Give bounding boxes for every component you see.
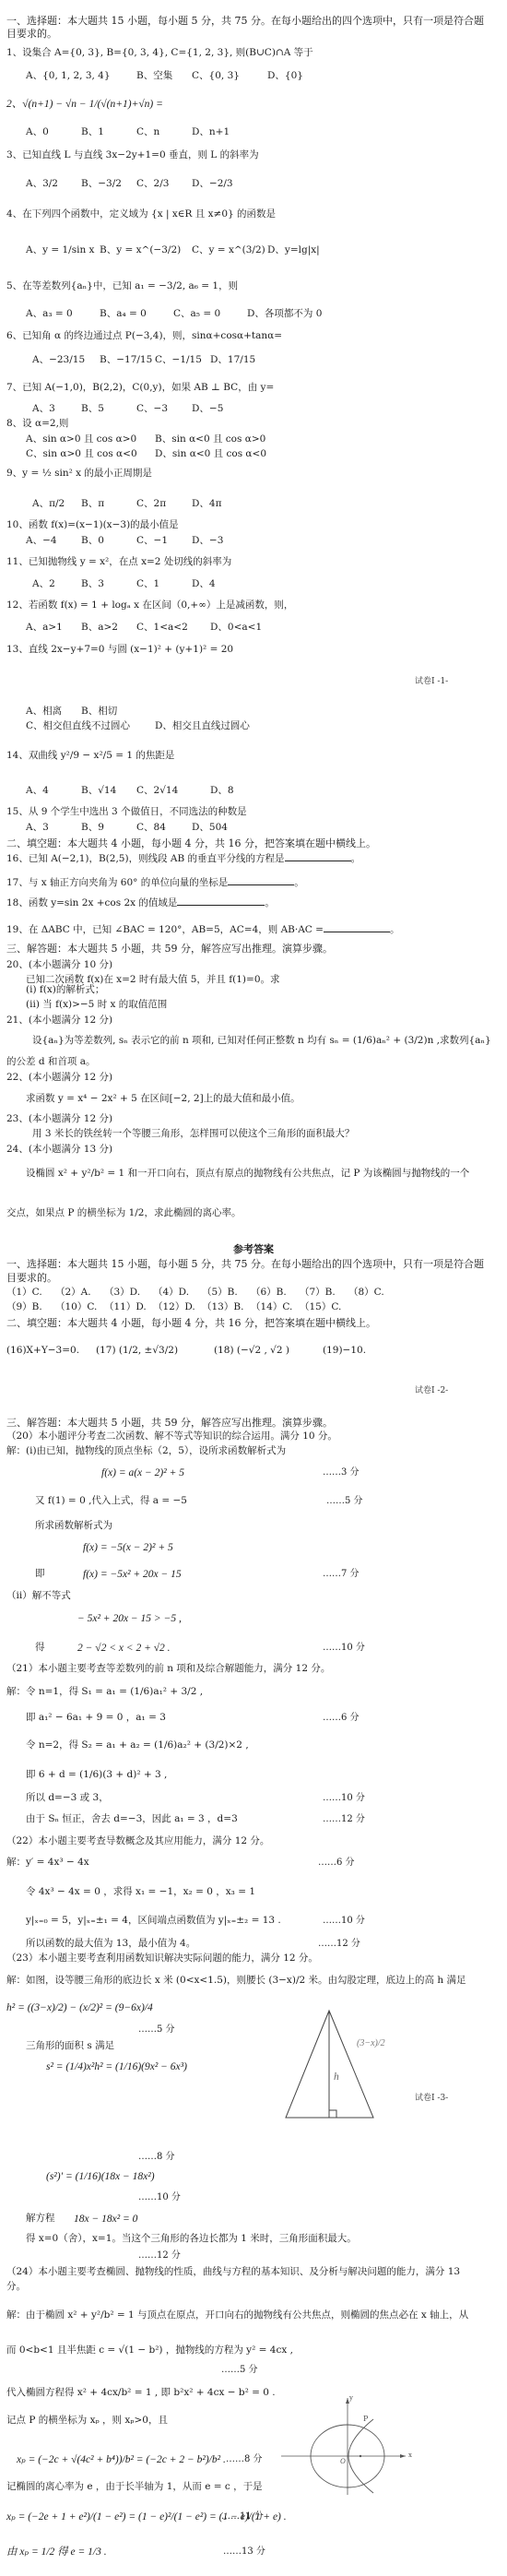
answers-section-2-header: 二、填空题：本大题共 4 小题，每小题 4 分，共 16 分，把答案填在题中横线… bbox=[6, 1317, 376, 1330]
figure-x-axis-label: x bbox=[408, 2451, 412, 2460]
answers-section-1-header: 一、选择题：本大题共 15 小题，每小题 5 分，共 75 分。在每小题给出的四… bbox=[6, 1258, 484, 1271]
answer-blank[interactable] bbox=[285, 851, 351, 861]
figure-point-label: P bbox=[363, 2415, 368, 2424]
exam-section-3-header: 三、解答题：本大题共 5 小题，共 59 分，解答应写出推理。演算步骤。 bbox=[6, 943, 333, 956]
answers-title: 参考答案 bbox=[0, 1243, 507, 1256]
fill-question-18: 18、函数 y=sin 2x +cos 2x 的值域是。 bbox=[6, 896, 275, 909]
figure-y-axis-label: y bbox=[349, 2394, 353, 2403]
fill-question-17: 17、与 x 轴正方向夹角为 60° 的单位向量的坐标是。 bbox=[6, 875, 304, 889]
fill-question-19: 19、在 ΔABC 中，已知 ∠BAC = 120°，AB=5，AC=4，则 A… bbox=[6, 922, 399, 936]
answer-blank[interactable] bbox=[177, 896, 265, 906]
isosceles-triangle-figure bbox=[281, 2005, 392, 2134]
answers-section-3-header: 三、解答题：本大题共 5 小题，共 59 分，解答应写出推理。演算步骤。 bbox=[6, 1417, 333, 1430]
exam-section-2-header: 二、填空题：本大题共 4 小题，每小题 4 分，共 16 分，把答案填在题中横线… bbox=[6, 837, 376, 850]
answer-blank[interactable] bbox=[324, 922, 390, 932]
triangle-height-label: h bbox=[334, 2071, 339, 2083]
triangle-side-label: (3−x)/2 bbox=[357, 2038, 385, 2050]
fill-question-16: 16、已知 A(−2,1)，B(2,5)，则线段 AB 的垂直平分线的方程是。 bbox=[6, 851, 360, 865]
page-number-2: 试卷Ⅰ -2- bbox=[415, 1386, 448, 1396]
figure-origin-label: O bbox=[340, 2457, 346, 2466]
page-number-1: 试卷Ⅰ -1- bbox=[415, 677, 448, 687]
page-number-3: 试卷Ⅰ -3- bbox=[415, 2094, 448, 2104]
ellipse-parabola-figure bbox=[277, 2393, 415, 2499]
answer-blank[interactable] bbox=[228, 875, 294, 885]
